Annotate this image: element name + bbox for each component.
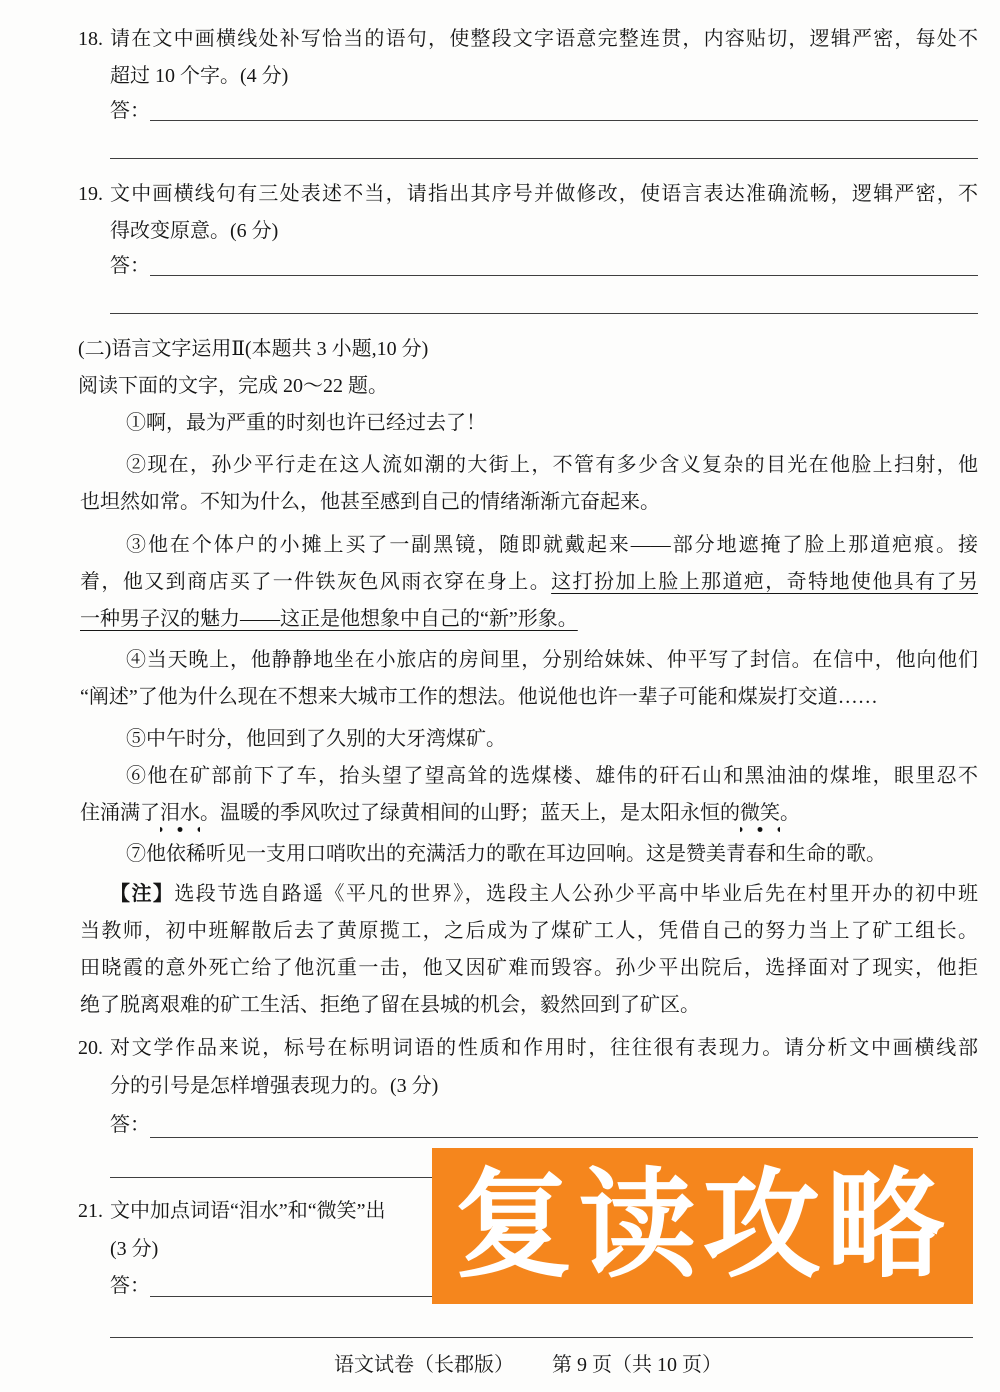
footer-paper-title: 语文试卷（长郡版） xyxy=(334,1350,514,1380)
passage-p1: ①啊，最为严重的时刻也许已经过去了！ xyxy=(126,405,486,442)
passage-p6-line2: 住涌满了泪水。温暖的季风吹过了绿黄相间的山野；蓝天上，是太阳永恒的微笑。 xyxy=(80,795,800,832)
passage-p7: ⑦他依稀听见一支用口哨吹出的充满活力的歌在耳边回响。这是赞美青春和生命的歌。 xyxy=(126,836,886,873)
question-20-line2: 分的引号是怎样增强表现力的。(3 分) xyxy=(110,1068,438,1105)
passage-p2-line1: ②现在，孙少平行走在这人流如潮的大街上，不管有多少含义复杂的目光在他脸上扫射，他 xyxy=(126,447,978,484)
question-21-number: 21. xyxy=(78,1193,103,1230)
question-20-line1: 对文学作品来说，标号在标明词语的性质和作用时，往往很有表现力。请分析文中画横线部 xyxy=(110,1030,978,1067)
question-19-number: 19. xyxy=(78,176,103,213)
passage-p3-line3: 一种男子汉的魅力——这正是他想象中自己的“新”形象。 xyxy=(80,601,578,638)
question-18-line1: 请在文中画横线处补写恰当的语句，使整段文字语意完整连贯，内容贴切，逻辑严密，每处… xyxy=(110,21,978,58)
passage-p6-line1: ⑥他在矿部前下了车，抬头望了望高耸的选煤楼、雄伟的矸石山和黑油油的煤堆，眼里忍不 xyxy=(126,758,978,795)
passage-p3-line2: 着，他又到商店买了一件铁灰色风雨衣穿在身上。这打扮加上脸上那道疤，奇特地使他具有… xyxy=(80,564,978,601)
exam-page: 18. 请在文中画横线处补写恰当的语句，使整段文字语意完整连贯，内容贴切，逻辑严… xyxy=(0,0,1000,1392)
question-21-line2: (3 分) xyxy=(110,1231,158,1268)
passage-p6-line2-text: 。 xyxy=(780,802,800,824)
passage-p3-line2-plain: 着，他又到商店买了一件铁灰色风雨衣穿在身上。 xyxy=(80,571,551,593)
answer-line xyxy=(110,158,978,159)
passage-p4-line2: “阐述”了他为什么现在不想来大城市工作的想法。他说他也许一辈子可能和煤炭打交道…… xyxy=(80,679,878,716)
note-line1: 【注】选段节选自路遥《平凡的世界》，选段主人公孙少平高中毕业后先在村里开办的初中… xyxy=(110,876,978,913)
question-21-line1: 文中加点词语“泪水”和“微笑”出 xyxy=(110,1193,386,1230)
note-line3: 田晓霞的意外死亡给了他沉重一击，他又因矿难而毁容。孙少平出院后，选择面对了现实，… xyxy=(80,950,978,987)
emphasized-word-tears: 泪水 xyxy=(160,802,200,833)
passage-p3-line3-underlined: 一种男子汉的魅力——这正是他想象中自己的“新”形象。 xyxy=(80,608,578,630)
answer-line xyxy=(150,120,978,121)
page-footer: 语文试卷（长郡版） 第 9 页（共 10 页） xyxy=(78,1350,978,1380)
note-line2: 当教师，初中班解散后去了黄原揽工，之后成为了煤矿工人，凭借自己的努力当上了矿工组… xyxy=(80,913,978,950)
answer-line xyxy=(110,1177,432,1178)
answer-line xyxy=(150,1296,432,1297)
passage-p4-line1: ④当天晚上，他静静地坐在小旅店的房间里，分别给妹妹、仲平写了封信。在信中，他向他… xyxy=(126,642,978,679)
passage-p3-line1: ③他在个体户的小摊上买了一副黑镜，随即就戴起来——部分地遮掩了脸上那道疤痕。接 xyxy=(126,527,978,564)
note-line4: 绝了脱离艰难的矿工生活、拒绝了留在县城的机会，毅然回到了矿区。 xyxy=(80,987,700,1024)
question-19-answer-label: 答： xyxy=(110,248,150,285)
passage-p6-line2-text: 住涌满了 xyxy=(80,802,160,824)
answer-line xyxy=(110,1337,973,1338)
section-intro: 阅读下面的文字，完成 20～22 题。 xyxy=(78,368,388,405)
passage-p2-line2: 也坦然如常。不知为什么，他甚至感到自己的情绪渐渐亢奋起来。 xyxy=(80,484,660,521)
question-18-answer-label: 答： xyxy=(110,93,150,130)
answer-line xyxy=(150,1137,978,1138)
passage-p6-line2-text: 。温暖的季风吹过了绿黄相间的山野；蓝天上，是太阳永恒的 xyxy=(200,802,740,824)
question-19-line1: 文中画横线句有三处表述不当，请指出其序号并做修改，使语言表达准确流畅，逻辑严密，… xyxy=(110,176,978,213)
question-18-line2: 超过 10 个字。(4 分) xyxy=(110,58,288,95)
note-line1-text: 选段节选自路遥《平凡的世界》，选段主人公孙少平高中毕业后先在村里开办的初中班 xyxy=(174,883,978,905)
note-label: 【注】 xyxy=(110,883,174,905)
footer-page-number: 第 9 页（共 10 页） xyxy=(552,1350,722,1380)
passage-p3-line2-underlined: 这打扮加上脸上那道疤，奇特地使他具有了另 xyxy=(551,571,978,593)
watermark-banner: 复读攻略 xyxy=(432,1148,973,1304)
question-20-number: 20. xyxy=(78,1030,103,1067)
watermark-text: 复读攻略 xyxy=(454,1167,950,1285)
section-heading: (二)语言文字运用Ⅱ(本题共 3 小题,10 分) xyxy=(78,331,428,368)
question-20-answer-label: 答： xyxy=(110,1107,150,1144)
emphasized-word-smile: 微笑 xyxy=(740,802,780,833)
passage-p5: ⑤中午时分，他回到了久别的大牙湾煤矿。 xyxy=(126,721,506,758)
question-21-answer-label: 答： xyxy=(110,1268,150,1305)
answer-line xyxy=(150,275,978,276)
answer-line xyxy=(110,313,978,314)
question-18-number: 18. xyxy=(78,21,103,58)
question-19-line2: 得改变原意。(6 分) xyxy=(110,213,278,250)
